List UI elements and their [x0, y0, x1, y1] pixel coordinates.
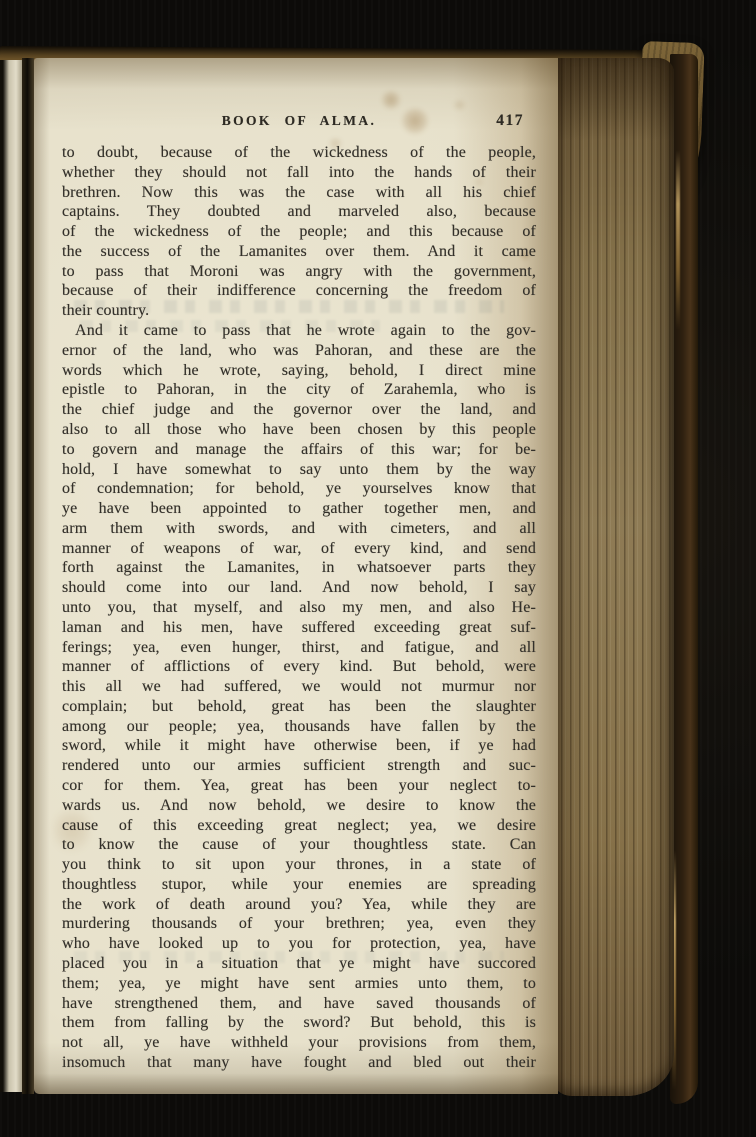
text-line: And it came to pass that he wrote again …	[62, 321, 536, 341]
text-line: to doubt, because of the wickedness of t…	[62, 143, 536, 163]
text-line: cause of this exceeding great neglect; y…	[62, 816, 536, 836]
text-line: them; yea, ye might have sent armies unt…	[62, 974, 536, 994]
text-line: among our people; yea, thousands have fa…	[62, 717, 536, 737]
text-line: to pass that Moroni was angry with the g…	[62, 262, 536, 282]
text-line: also to all those who have been chosen b…	[62, 420, 536, 440]
text-line: of condemnation; for behold, ye yourselv…	[62, 479, 536, 499]
text-line: unto you, that myself, and also my men, …	[62, 598, 536, 618]
text-line: sword, while it might have otherwise bee…	[62, 736, 536, 756]
text-line: ye have been appointed to gather togethe…	[62, 499, 536, 519]
text-line: them from falling by the sword? But beho…	[62, 1013, 536, 1033]
book-page: BOOK OF ALMA. 417 to doubt, because of t…	[34, 58, 558, 1094]
text-line: placed you in a situation that ye might …	[62, 954, 536, 974]
text-line: complain; but behold, great has been the…	[62, 697, 536, 717]
text-line: laman and his men, have suffered exceedi…	[62, 618, 536, 638]
text-line: manner of weapons of war, of every kind,…	[62, 539, 536, 559]
text-line: the chief judge and the governor over th…	[62, 400, 536, 420]
page-number: 417	[496, 112, 524, 130]
photo-background: BOOK OF ALMA. 417 to doubt, because of t…	[0, 0, 756, 1137]
page-header: BOOK OF ALMA. 417	[62, 113, 536, 133]
text-line: forth against the Lamanites, in whatsoev…	[62, 558, 536, 578]
text-line: words which he wrote, saying, behold, I …	[62, 361, 536, 381]
text-line: captains. They doubted and marveled also…	[62, 202, 536, 222]
fore-edge	[552, 58, 674, 1096]
text-line: to know the cause of your thoughtless st…	[62, 835, 536, 855]
page-text: to doubt, because of the wickedness of t…	[62, 143, 536, 1073]
running-title: BOOK OF ALMA.	[62, 113, 536, 129]
text-line: brethren. Now this was the case with all…	[62, 183, 536, 203]
text-line: murdering thousands of your brethren; ye…	[62, 914, 536, 934]
text-line: manner of afflictions of every kind. But…	[62, 657, 536, 677]
text-line: insomuch that many have fought and bled …	[62, 1053, 536, 1073]
text-line: arm them with swords, and with cimeters,…	[62, 519, 536, 539]
text-line: not all, ye have withheld your provision…	[62, 1033, 536, 1053]
text-line: ernor of the land, who was Pahoran, and …	[62, 341, 536, 361]
text-line: the success of the Lamanites over them. …	[62, 242, 536, 262]
text-line: whether they should not fall into the ha…	[62, 163, 536, 183]
text-line: thoughtless stupor, while your enemies a…	[62, 875, 536, 895]
text-line: their country.	[62, 301, 536, 321]
text-line: ferings; yea, even hunger, thirst, and f…	[62, 638, 536, 658]
facing-page-edge	[0, 60, 22, 1092]
text-line: this all we had suffered, we would not m…	[62, 677, 536, 697]
text-line: who have looked up to you for protection…	[62, 934, 536, 954]
text-line: hold, I have somewhat to say unto them b…	[62, 460, 536, 480]
foxing-stain	[381, 91, 401, 109]
text-line: of the wickedness of the people; and thi…	[62, 222, 536, 242]
text-line: have strengthened them, and have saved t…	[62, 994, 536, 1014]
cover-gilt-glint	[676, 150, 680, 330]
text-line: epistle to Pahoran, in the city of Zarah…	[62, 380, 536, 400]
foxing-stain	[453, 100, 466, 110]
text-line: should come into our land. And now behol…	[62, 578, 536, 598]
text-line: to govern and manage the affairs of this…	[62, 440, 536, 460]
text-line: because of their indifference concerning…	[62, 281, 536, 301]
text-line: wards us. And now behold, we desire to k…	[62, 796, 536, 816]
page-gutter-shadow	[22, 58, 34, 1094]
text-line: rendered unto our armies sufficient stre…	[62, 756, 536, 776]
text-line: you think to sit upon your thrones, in a…	[62, 855, 536, 875]
text-line: the work of death around you? Yea, while…	[62, 895, 536, 915]
text-line: cor for them. Yea, great has been your n…	[62, 776, 536, 796]
